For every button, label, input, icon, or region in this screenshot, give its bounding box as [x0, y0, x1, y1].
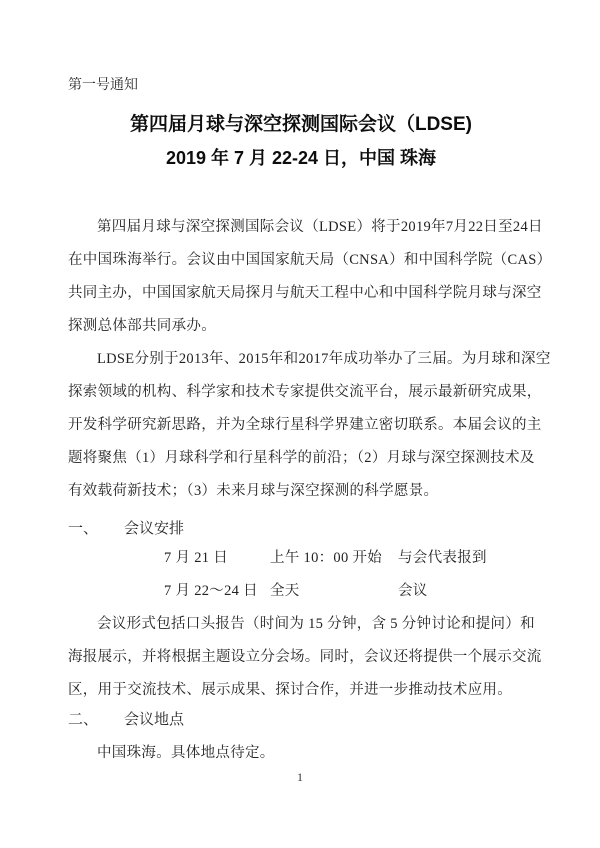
paragraph-line: 题将聚焦（1）月球科学和行星科学的前沿；（2）月球与深空探测技术及: [68, 442, 534, 475]
paragraph-line: 会议形式包括口头报告（时间为 15 分钟，含 5 分钟讨论和提问）和: [68, 608, 534, 641]
paragraph-line: LDSE分别于2013年、2015年和2017年成功举办了三届。为月球和深空: [68, 343, 534, 376]
location-text: 中国珠海。具体地点待定。: [68, 737, 534, 770]
paragraph-line: 海报展示，并将根据主题设立分会场。同时，会议还将提供一个展示交流: [68, 641, 534, 674]
conference-title: 第四届月球与深空探测国际会议（LDSE): [68, 112, 534, 138]
paragraph-line: 在中国珠海举行。会议由中国国家航天局（CNSA）和中国科学院（CAS）: [68, 244, 534, 277]
document-content: 第一号通知 第四届月球与深空探测国际会议（LDSE) 2019 年 7 月 22…: [0, 0, 600, 770]
paragraph-line: 有效载荷新技术；（3）未来月球与深空探测的科学愿景。: [68, 475, 534, 508]
paragraph-line: 第四届月球与深空探测国际会议（LDSE）将于2019年7月22日至24日: [68, 211, 534, 244]
section-heading-schedule: 一、会议安排: [68, 516, 534, 542]
schedule-row: 7 月 21 日 上午 10：00 开始 与会代表报到: [164, 542, 534, 575]
schedule-time: 上午 10：00 开始: [270, 542, 398, 575]
paragraph-line: 探测总体部共同承办。: [68, 310, 534, 343]
paragraph-line: 开发科学研究新思路，并为全球行星科学界建立密切联系。本届会议的主: [68, 409, 534, 442]
notice-label: 第一号通知: [68, 76, 534, 96]
paragraph-line: 共同主办，中国国家航天局探月与航天工程中心和中国科学院月球与深空: [68, 277, 534, 310]
section-number: 一、: [68, 516, 98, 542]
section-title: 会议安排: [124, 521, 184, 537]
schedule-activity: 会议: [398, 575, 534, 608]
paragraph-line: 探索领域的机构、科学家和技术专家提供交流平台，展示最新研究成果，: [68, 376, 534, 409]
intro-paragraph: 第四届月球与深空探测国际会议（LDSE）将于2019年7月22日至24日 在中国…: [68, 211, 534, 343]
schedule-activity: 与会代表报到: [398, 542, 534, 575]
format-paragraph: 会议形式包括口头报告（时间为 15 分钟，含 5 分钟讨论和提问）和 海报展示，…: [68, 608, 534, 707]
schedule-date: 7 月 22～24 日: [164, 575, 270, 608]
schedule-row: 7 月 22～24 日 全天 会议: [164, 575, 534, 608]
schedule-time: 全天: [270, 575, 398, 608]
paragraph-line: 区，用于交流技术、展示成果、探讨合作，并进一步推动技术应用。: [68, 674, 534, 707]
schedule-table: 7 月 21 日 上午 10：00 开始 与会代表报到 7 月 22～24 日 …: [68, 542, 534, 608]
section-number: 二、: [68, 707, 98, 733]
page-number: 1: [0, 770, 600, 785]
document-page: 第一号通知 第四届月球与深空探测国际会议（LDSE) 2019 年 7 月 22…: [0, 0, 600, 848]
schedule-date: 7 月 21 日: [164, 542, 270, 575]
section-title: 会议地点: [124, 712, 184, 728]
history-paragraph: LDSE分别于2013年、2015年和2017年成功举办了三届。为月球和深空 探…: [68, 343, 534, 508]
conference-date-location: 2019 年 7 月 22-24 日，中国 珠海: [68, 145, 534, 171]
section-heading-location: 二、会议地点: [68, 707, 534, 733]
